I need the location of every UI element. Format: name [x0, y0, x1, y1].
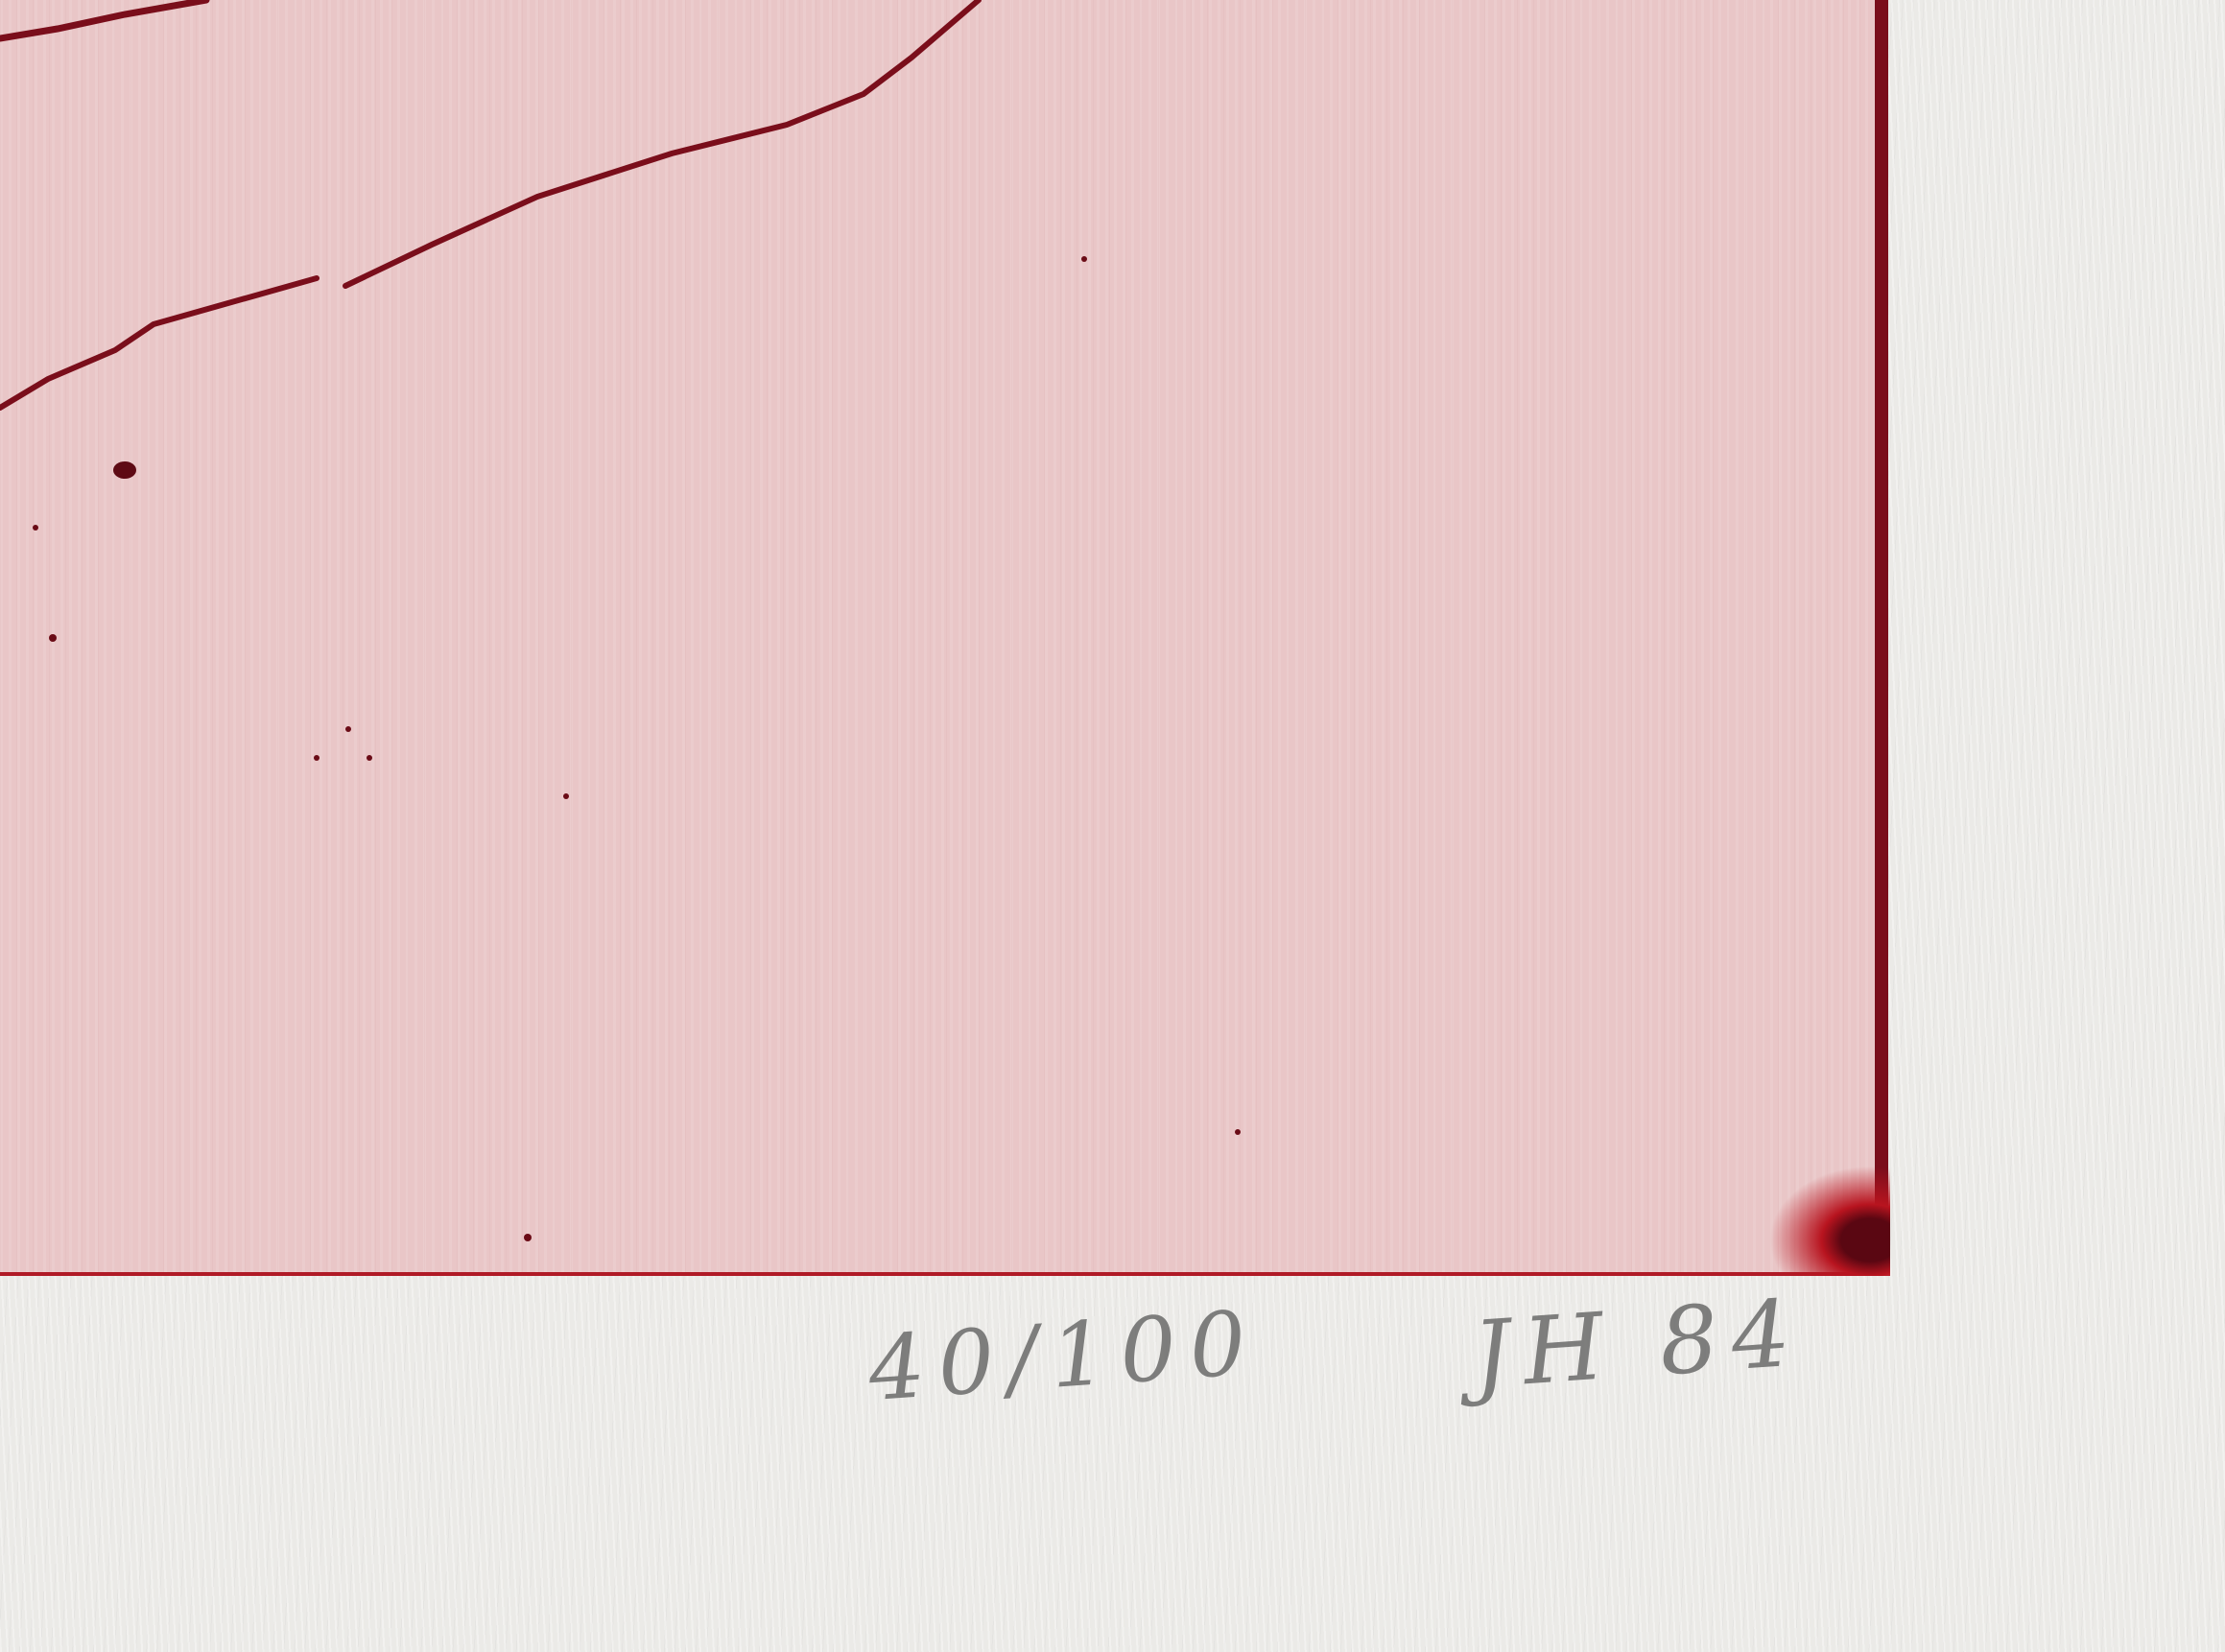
artist-signature: JH 84 — [1470, 1279, 1808, 1409]
ink-speck — [314, 755, 320, 761]
etched-line-top — [0, 0, 206, 38]
ink-speck — [345, 726, 351, 732]
ink-speck — [1235, 1129, 1241, 1135]
ink-dot — [113, 461, 136, 479]
ink-speck — [33, 525, 38, 531]
ink-speck — [49, 634, 57, 642]
etched-line-lower-left — [0, 278, 317, 408]
ink-speck — [1081, 256, 1087, 262]
etched-lines — [0, 0, 2225, 1652]
ink-speck — [563, 793, 569, 799]
etched-line-diagonal — [345, 0, 979, 286]
ink-speck — [524, 1234, 532, 1241]
ink-speck — [367, 755, 372, 761]
